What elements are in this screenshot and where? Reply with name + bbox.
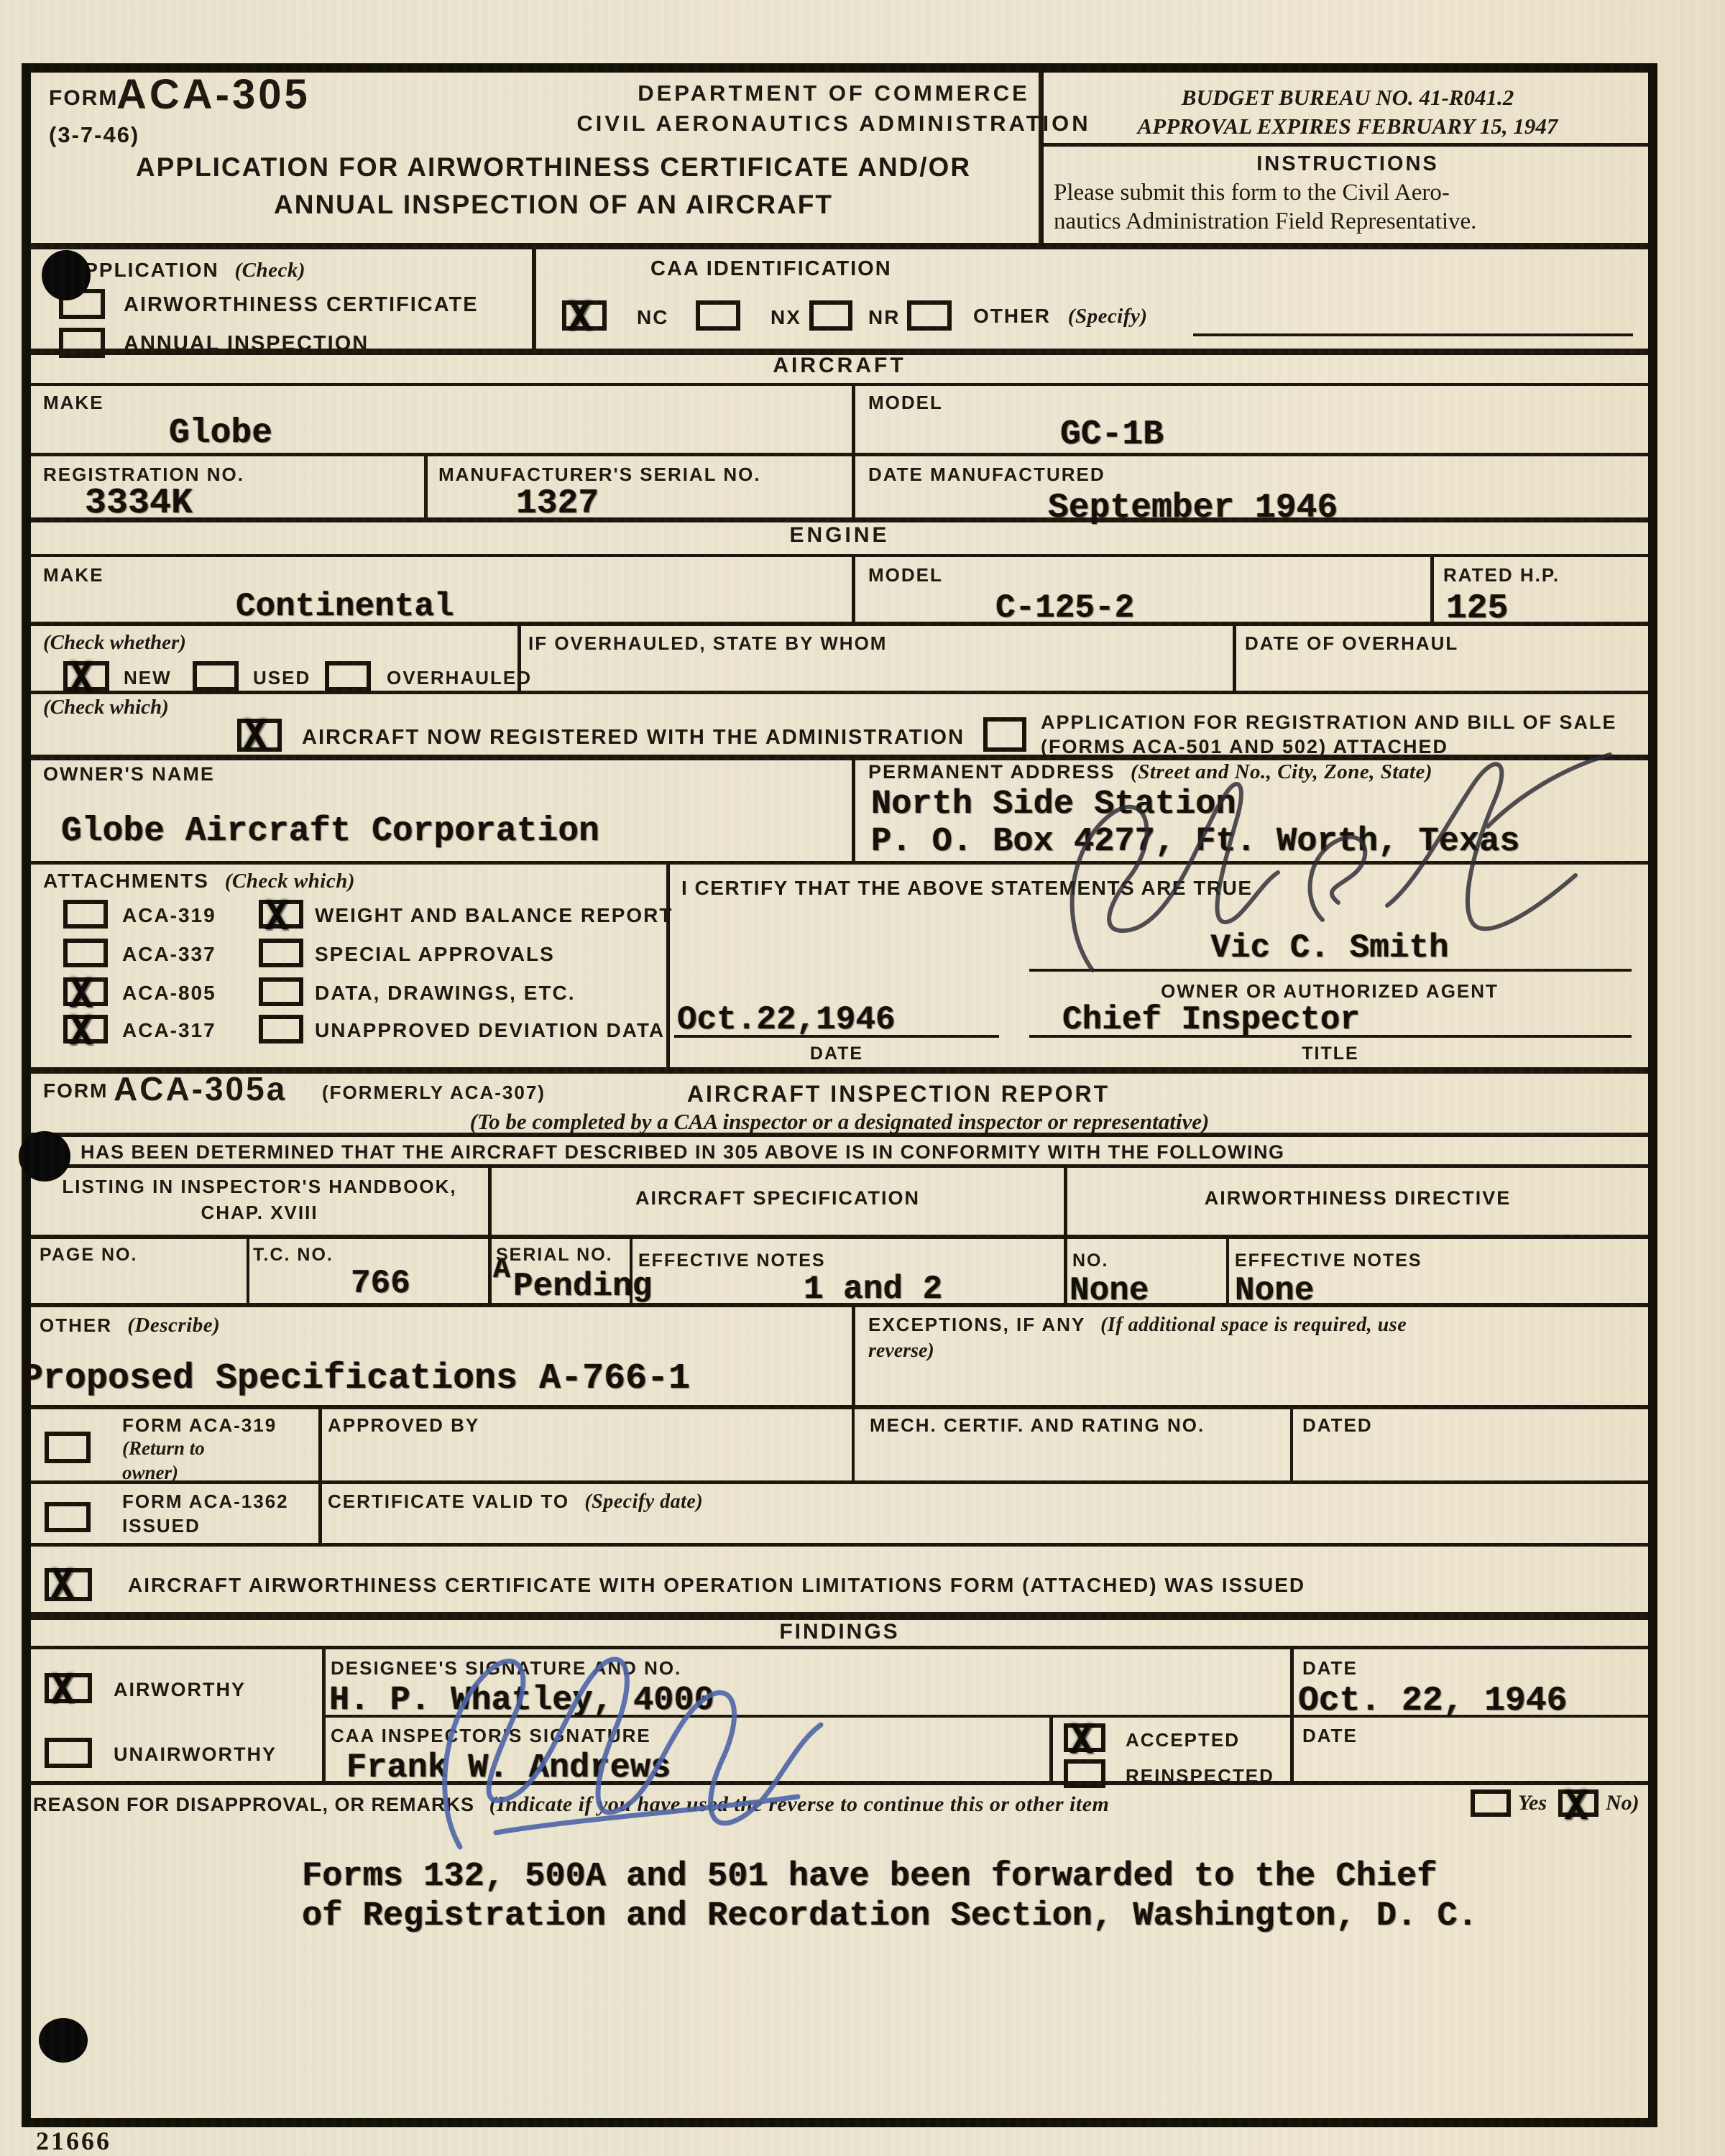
remarks-no-checkbox[interactable]: X	[1558, 1789, 1598, 1817]
tc-no-label: T.C. NO.	[253, 1245, 333, 1266]
directive-notes-value: None	[1235, 1272, 1314, 1309]
aca-805-label: ACA-805	[122, 982, 216, 1005]
airworthiness-directive-header: AIRWORTHINESS DIRECTIVE	[1067, 1187, 1648, 1210]
divider	[666, 861, 670, 1067]
airworthy-checkbox[interactable]: X	[45, 1673, 92, 1703]
findings-date2-label: DATE	[1302, 1725, 1358, 1747]
instructions-title: INSTRUCTIONS	[1049, 152, 1646, 176]
nx-checkbox[interactable]	[696, 300, 740, 331]
aca-319-checkbox[interactable]	[63, 900, 108, 929]
handbook-header-line2: CHAP. XVIII	[31, 1202, 488, 1224]
directive-no-value: None	[1069, 1272, 1149, 1309]
mfr-serial-label: MANUFACTURER'S SERIAL NO.	[438, 464, 761, 486]
serial-no-label: SERIAL NO.	[496, 1245, 613, 1266]
divider	[31, 691, 1648, 694]
handbook-header-line1: LISTING IN INSPECTOR'S HANDBOOK,	[31, 1176, 488, 1198]
budget-bureau-no: BUDGET BUREAU NO. 41-R041.2	[1049, 85, 1646, 111]
hole-punch-bottom	[39, 2018, 88, 2063]
engine-make-label: MAKE	[43, 564, 104, 586]
divider	[31, 243, 1648, 249]
weight-balance-label: WEIGHT AND BALANCE REPORT	[315, 904, 673, 927]
serial-value-prefix: A	[493, 1254, 510, 1286]
engine-overhauled-label: OVERHAULED	[387, 667, 532, 689]
divider	[532, 243, 536, 349]
aircraft-model-value: GC-1B	[1060, 415, 1164, 454]
registration-no-value: 3334K	[85, 483, 193, 524]
aca-317-checkbox[interactable]: X	[63, 1015, 108, 1044]
serial-value: Pending	[513, 1268, 652, 1305]
divider	[31, 517, 1648, 522]
divider	[852, 554, 855, 622]
remarks-no-label: No)	[1606, 1791, 1639, 1815]
aircraft-registered-checkbox[interactable]: X	[237, 719, 282, 752]
effective-notes-value: 1 and 2	[804, 1271, 942, 1308]
airworthy-label: AIRWORTHY	[114, 1679, 246, 1701]
directive-no-label: NO.	[1072, 1250, 1108, 1271]
divider	[1044, 143, 1648, 147]
form-305a-number: ACA-305a	[114, 1069, 287, 1108]
divider	[1049, 1715, 1053, 1781]
unapproved-deviation-checkbox[interactable]	[259, 1015, 303, 1044]
engine-make-value: Continental	[236, 588, 454, 625]
determination-statement: HAS BEEN DETERMINED THAT THE AIRCRAFT DE…	[80, 1141, 1285, 1164]
rated-hp-value: 125	[1446, 589, 1508, 628]
divider	[31, 1235, 1648, 1239]
form-aca-319-return-line1: (Return to	[122, 1437, 205, 1460]
mfr-serial-value: 1327	[516, 484, 599, 523]
findings-date-value: Oct. 22, 1946	[1298, 1682, 1567, 1720]
airworthiness-certificate-label: AIRWORTHINESS CERTIFICATE	[124, 293, 479, 317]
aircraft-section-title: AIRCRAFT	[31, 354, 1648, 378]
agent-signature-ink	[985, 740, 1646, 985]
aca-317-label: ACA-317	[122, 1019, 216, 1042]
form-title-line1: APPLICATION FOR AIRWORTHINESS CERTIFICAT…	[86, 152, 1021, 183]
annual-inspection-label: ANNUAL INSPECTION	[124, 332, 369, 356]
effective-notes-label: EFFECTIVE NOTES	[638, 1250, 826, 1271]
certification-title-value: Chief Inspector	[1062, 1001, 1360, 1038]
nc-label: NC	[637, 306, 668, 329]
other-id-blank-line[interactable]	[1193, 333, 1633, 336]
divider	[31, 1480, 1648, 1484]
tc-no-value: 766	[351, 1265, 410, 1302]
check-whether-label: (Check whether)	[43, 631, 186, 655]
certification-title-line[interactable]	[1029, 1035, 1632, 1038]
check-which-label: (Check which)	[43, 696, 169, 719]
findings-date-label: DATE	[1302, 1657, 1358, 1680]
engine-overhauled-checkbox[interactable]	[325, 661, 371, 691]
hole-punch-top	[42, 250, 91, 300]
bill-of-sale-label-line1: APPLICATION FOR REGISTRATION AND BILL OF…	[1041, 711, 1617, 734]
divider	[31, 1543, 1648, 1547]
divider	[852, 1405, 855, 1480]
divider	[1290, 1646, 1294, 1781]
remarks-yes-label: Yes	[1518, 1791, 1547, 1815]
nr-checkbox[interactable]	[809, 300, 852, 331]
divider	[247, 1235, 249, 1303]
divider	[31, 1164, 1648, 1168]
application-label: APPLICATION (Check)	[68, 259, 305, 282]
instructions-line2: nautics Administration Field Representat…	[1054, 208, 1476, 235]
directive-notes-label: EFFECTIVE NOTES	[1235, 1250, 1422, 1271]
inspection-report-subtitle: (To be completed by a CAA inspector or a…	[31, 1109, 1648, 1135]
form-number: ACA-305	[116, 70, 310, 119]
other-describe-value: Proposed Specifications A-766-1	[22, 1358, 690, 1399]
caa-identification-label: CAA IDENTIFICATION	[650, 257, 892, 281]
other-id-checkbox[interactable]	[907, 300, 952, 331]
form-aca-319-label: FORM ACA-319	[122, 1414, 277, 1437]
airworthiness-cert-issued-checkbox[interactable]: X	[45, 1568, 92, 1601]
engine-model-label: MODEL	[868, 564, 943, 586]
divider	[31, 554, 1648, 557]
aca-805-checkbox[interactable]: X	[63, 977, 108, 1006]
engine-new-label: NEW	[124, 667, 172, 689]
weight-balance-checkbox[interactable]: X	[259, 900, 303, 929]
remarks-body-line2: of Registration and Recordation Section,…	[302, 1897, 1478, 1935]
dated-label: DATED	[1302, 1414, 1373, 1437]
footer-serial-number: 21666	[36, 2126, 111, 2156]
remarks-yes-checkbox[interactable]	[1471, 1789, 1511, 1817]
reinspected-label: REINSPECTED	[1126, 1765, 1274, 1787]
rated-hp-label: RATED H.P.	[1443, 564, 1560, 586]
certification-title-label: TITLE	[1029, 1044, 1632, 1064]
attachments-label: ATTACHMENTS (Check which)	[43, 870, 355, 893]
exceptions-label: EXCEPTIONS, IF ANY (If additional space …	[868, 1314, 1407, 1337]
divider	[852, 383, 855, 453]
airworthiness-cert-issued-label: AIRCRAFT AIRWORTHINESS CERTIFICATE WITH …	[128, 1574, 1305, 1597]
form-aca-319-return-line2: owner)	[122, 1462, 178, 1484]
unairworthy-checkbox[interactable]	[45, 1738, 92, 1768]
special-approvals-label: SPECIAL APPROVALS	[315, 943, 555, 966]
data-drawings-label: DATA, DRAWINGS, ETC.	[315, 982, 576, 1005]
special-approvals-checkbox[interactable]	[259, 939, 303, 967]
data-drawings-checkbox[interactable]	[259, 977, 303, 1006]
scanned-form-page: FORM ACA-305 (3-7-46) DEPARTMENT OF COMM…	[0, 0, 1725, 2156]
divider	[1290, 1405, 1293, 1480]
other-id-label: OTHER (Specify)	[973, 305, 1148, 328]
aca-337-checkbox[interactable]	[63, 939, 108, 967]
aircraft-specification-header: AIRCRAFT SPECIFICATION	[492, 1187, 1064, 1210]
divider	[488, 1235, 492, 1303]
engine-model-value: C-125-2	[995, 589, 1134, 627]
divider	[852, 755, 855, 861]
date-manufactured-label: DATE MANUFACTURED	[868, 464, 1105, 486]
divider	[1233, 622, 1236, 691]
form-aca-1362-label: FORM ACA-1362	[122, 1491, 289, 1513]
nc-checkbox[interactable]: X	[562, 300, 607, 331]
certification-date-value: Oct.22,1946	[677, 1001, 896, 1038]
divider	[852, 1303, 855, 1405]
aircraft-registered-label: AIRCRAFT NOW REGISTERED WITH THE ADMINIS…	[302, 726, 965, 750]
engine-used-checkbox[interactable]	[193, 661, 239, 691]
certification-date-line[interactable]	[674, 1035, 999, 1038]
hole-punch-middle	[19, 1131, 70, 1181]
overhauled-by-whom-label: IF OVERHAULED, STATE BY WHOM	[528, 632, 887, 655]
form-aca-1362-checkbox[interactable]	[45, 1502, 91, 1532]
inspection-report-title: AIRCRAFT INSPECTION REPORT	[431, 1081, 1366, 1107]
accepted-checkbox[interactable]: X	[1064, 1723, 1105, 1752]
aca-319-label: ACA-319	[122, 904, 216, 927]
form-aca-1362-issued-label: ISSUED	[122, 1515, 201, 1537]
date-of-overhaul-label: DATE OF OVERHAUL	[1245, 632, 1458, 655]
aca-337-label: ACA-337	[122, 943, 216, 966]
aircraft-make-label: MAKE	[43, 392, 104, 414]
divider	[1430, 554, 1434, 622]
owner-name-label: OWNER'S NAME	[43, 763, 215, 786]
divider	[1226, 1235, 1229, 1303]
divider	[31, 383, 1648, 386]
designee-signature-ink	[395, 1617, 870, 1854]
divider	[31, 453, 1648, 456]
divider	[1064, 1164, 1067, 1303]
date-manufactured-value: September 1946	[1048, 489, 1338, 528]
other-describe-label: OTHER (Describe)	[40, 1314, 220, 1337]
divider	[322, 1646, 326, 1781]
divider	[424, 453, 428, 517]
accepted-label: ACCEPTED	[1126, 1729, 1240, 1751]
approved-by-label: APPROVED BY	[328, 1414, 479, 1437]
nx-label: NX	[770, 306, 801, 329]
mech-certif-label: MECH. CERTIF. AND RATING NO.	[870, 1414, 1205, 1437]
divider	[318, 1405, 322, 1543]
instructions-line1: Please submit this form to the Civil Aer…	[1054, 180, 1450, 206]
engine-section-title: ENGINE	[31, 523, 1648, 548]
approval-expires: APPROVAL EXPIRES FEBRUARY 15, 1947	[1049, 114, 1646, 139]
certificate-valid-to-label: CERTIFICATE VALID TO (Specify date)	[328, 1491, 703, 1514]
form-title-line2: ANNUAL INSPECTION OF AN AIRCRAFT	[86, 190, 1021, 220]
page-no-label: PAGE NO.	[40, 1245, 137, 1266]
form-number-prefix: FORM	[49, 86, 118, 111]
divider	[852, 453, 855, 517]
unairworthy-label: UNAIRWORTHY	[114, 1743, 277, 1766]
nr-label: NR	[868, 306, 900, 329]
form-revision-date: (3-7-46)	[49, 122, 139, 148]
remarks-body-line1: Forms 132, 500A and 501 have been forwar…	[302, 1858, 1437, 1896]
exceptions-label-line2: reverse)	[868, 1340, 934, 1363]
engine-new-checkbox[interactable]: X	[63, 661, 109, 691]
engine-used-label: USED	[253, 667, 310, 689]
aircraft-model-label: MODEL	[868, 392, 943, 414]
form-aca-319-checkbox[interactable]	[45, 1432, 91, 1463]
aircraft-make-value: Globe	[169, 414, 272, 453]
owner-name-value: Globe Aircraft Corporation	[61, 812, 599, 851]
form-305a-prefix: FORM	[43, 1079, 108, 1102]
unapproved-deviation-label: UNAPPROVED DEVIATION DATA	[315, 1019, 665, 1042]
divider	[31, 1405, 1648, 1409]
reinspected-checkbox[interactable]	[1064, 1759, 1105, 1788]
certification-date-label: DATE	[674, 1044, 999, 1064]
